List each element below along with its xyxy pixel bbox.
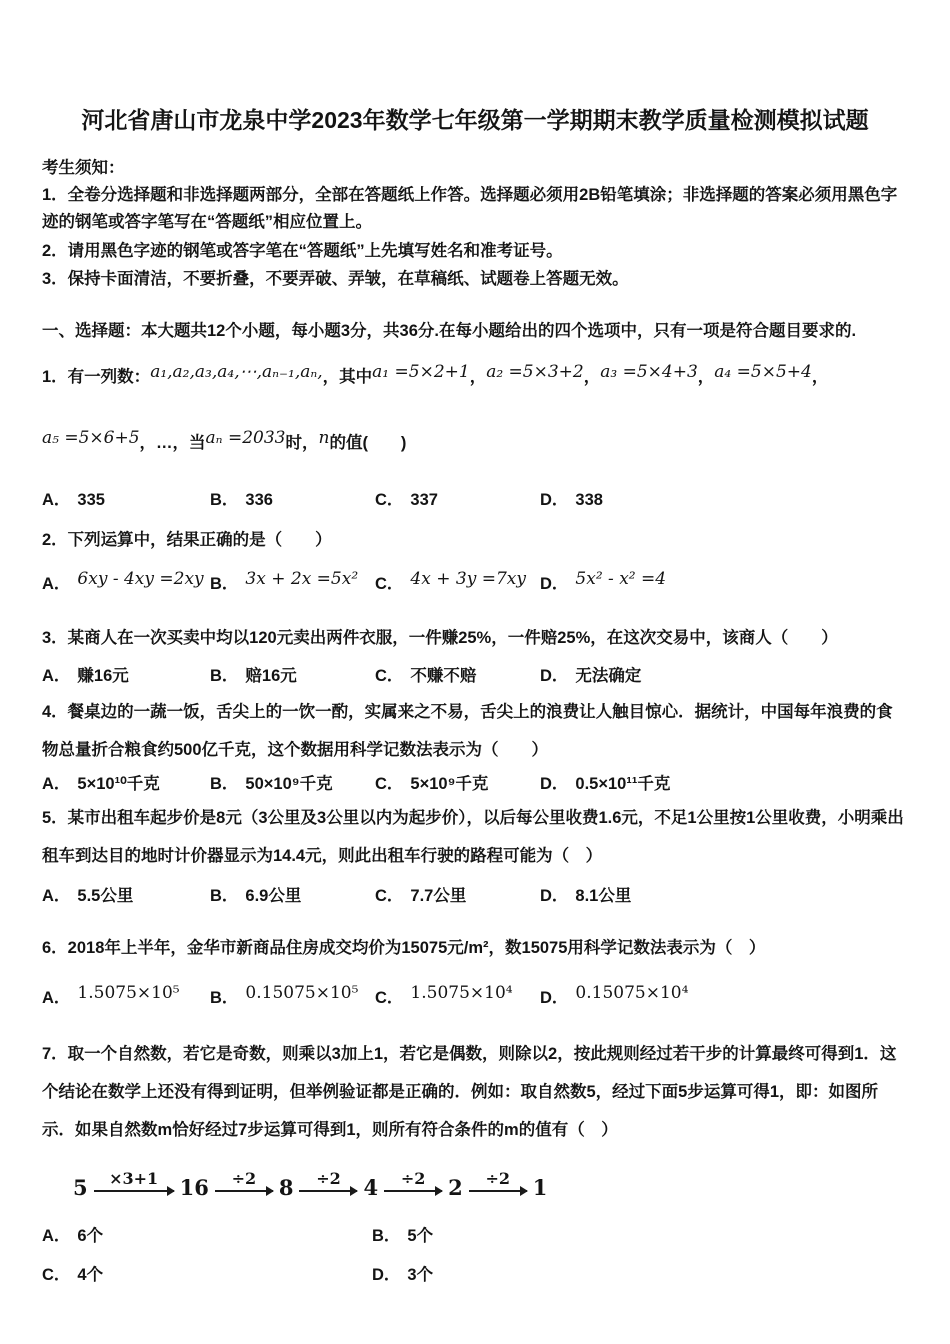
option-value: 不赚不赔 xyxy=(410,667,476,685)
q1-options: A．335 B．336 C．337 D．338 xyxy=(42,486,908,510)
q2-options: A．6xy - 4xy =2xy B．3x + 2x =5x² C．4x + 3… xyxy=(42,570,908,594)
option-formula: 1.5075×10⁴ xyxy=(410,983,512,1003)
question-1-line-1: 1．有一列数：a₁,a₂,a₃,a₄,⋯,aₙ₋₁,aₙ,，其中a₁ =5×2+… xyxy=(42,360,908,394)
arrow-right-icon xyxy=(215,1190,273,1192)
option-label: B． xyxy=(210,491,238,509)
option-value: 5个 xyxy=(407,1227,433,1245)
arrow-right-icon xyxy=(469,1190,527,1192)
option-label: C． xyxy=(375,989,403,1007)
q6-option-d: D．0.15075×10⁴ xyxy=(540,984,908,1008)
arrow-right-icon xyxy=(299,1190,357,1192)
q1-option-d: D．338 xyxy=(540,486,908,510)
option-label: D． xyxy=(540,491,568,509)
q5-option-d: D．8.1公里 xyxy=(540,882,908,906)
q6-option-c: C．1.5075×10⁴ xyxy=(375,984,540,1008)
option-label: A． xyxy=(42,575,70,593)
option-label: B． xyxy=(210,887,238,905)
q7-option-c: C．4个 xyxy=(42,1261,372,1285)
option-label: D． xyxy=(540,775,568,793)
option-value: 3个 xyxy=(407,1266,433,1284)
q1-comma: ， xyxy=(812,368,829,386)
notice-item-1: 1．全卷分选择题和非选择题两部分，全部在答题纸上作答。选择题必须用2B铅笔填涂；… xyxy=(42,182,908,237)
question-7-text: 7．取一个自然数，若它是奇数，则乘以3加上1，若它是偶数，则除以2，按此规则经过… xyxy=(42,1036,908,1150)
q1-option-b: B．336 xyxy=(210,486,375,510)
option-formula: 0.15075×10⁵ xyxy=(245,983,358,1003)
q1-option-c: C．337 xyxy=(375,486,540,510)
q1-formula-a1: a₁ =5×2+1 xyxy=(372,355,470,389)
q3-option-a: A．赚16元 xyxy=(42,662,210,686)
option-label: C． xyxy=(375,887,403,905)
option-label: A． xyxy=(42,667,70,685)
flow-operation: ÷2 xyxy=(232,1170,257,1188)
option-label: D． xyxy=(372,1266,400,1284)
q2-option-c: C．4x + 3y =7xy xyxy=(375,570,540,594)
q3-options: A．赚16元 B．赔16元 C．不赚不赔 D．无法确定 xyxy=(42,662,908,686)
q5-option-c: C．7.7公里 xyxy=(375,882,540,906)
q1-comma: ， xyxy=(470,368,487,386)
option-label: A． xyxy=(42,491,70,509)
flow-operation: ÷2 xyxy=(485,1170,510,1188)
q5-option-a: A．5.5公里 xyxy=(42,882,210,906)
option-value: 8.1公里 xyxy=(575,887,631,905)
q4-option-c: C．5×10⁹千克 xyxy=(375,770,540,794)
notice-item-3: 3．保持卡面清洁，不要折叠，不要弄破、弄皱，在草稿纸、试题卷上答题无效。 xyxy=(42,266,908,293)
option-value: 337 xyxy=(410,491,438,509)
option-label: B． xyxy=(210,775,238,793)
option-label: B． xyxy=(210,989,238,1007)
arrow-right-icon xyxy=(384,1190,442,1192)
option-label: A． xyxy=(42,989,70,1007)
arrow-right-icon xyxy=(94,1190,174,1192)
q7-options: A．6个 B．5个 C．4个 D．3个 xyxy=(42,1222,908,1285)
q1-formula-a4: a₄ =5×5+4 xyxy=(714,355,812,389)
q6-option-a: A．1.5075×10⁵ xyxy=(42,984,210,1008)
option-value: 50×10⁹千克 xyxy=(245,775,332,793)
q7-option-d: D．3个 xyxy=(372,1261,908,1285)
option-value: 无法确定 xyxy=(575,667,641,685)
q1-text-part: ，…，当 xyxy=(140,434,206,452)
page-title: 河北省唐山市龙泉中学2023年数学七年级第一学期期末教学质量检测模拟试题 xyxy=(42,106,908,136)
option-label: A． xyxy=(42,1227,70,1245)
q1-sequence-formula: a₁,a₂,a₃,a₄,⋯,aₙ₋₁,aₙ, xyxy=(150,355,322,389)
option-label: B． xyxy=(210,667,238,685)
option-formula: 6xy - 4xy =2xy xyxy=(77,569,203,589)
option-label: A． xyxy=(42,887,70,905)
flow-node: 1 xyxy=(530,1177,551,1198)
flow-node: 8 xyxy=(276,1177,297,1198)
option-value: 6.9公里 xyxy=(245,887,301,905)
q4-option-a: A．5×10¹⁰千克 xyxy=(42,770,210,794)
option-label: B． xyxy=(210,575,238,593)
option-formula: 0.15075×10⁴ xyxy=(575,983,688,1003)
q2-option-d: D．5x² - x² =4 xyxy=(540,570,908,594)
flow-operation: ÷2 xyxy=(316,1170,341,1188)
q1-text-part: ，其中 xyxy=(323,368,373,386)
q1-formula-an: aₙ =2033 xyxy=(206,421,286,455)
option-value: 5×10⁹千克 xyxy=(410,775,488,793)
option-formula: 3x + 2x =5x² xyxy=(245,569,358,589)
flow-operation: ×3+1 xyxy=(109,1170,158,1188)
q4-option-d: D．0.5×10¹¹千克 xyxy=(540,770,908,794)
option-label: C． xyxy=(42,1266,70,1284)
q3-option-c: C．不赚不赔 xyxy=(375,662,540,686)
q1-formula-a3: a₃ =5×4+3 xyxy=(600,355,698,389)
option-formula: 1.5075×10⁵ xyxy=(77,983,179,1003)
question-4-text: 4．餐桌边的一蔬一饭，舌尖上的一饮一酌，实属来之不易，舌尖上的浪费让人触目惊心．… xyxy=(42,694,908,770)
option-label: C． xyxy=(375,575,403,593)
q2-option-a: A．6xy - 4xy =2xy xyxy=(42,570,210,594)
q7-flow-diagram: 5 ×3+1 16 ÷2 8 ÷2 4 ÷2 2 ÷2 1 xyxy=(70,1170,908,1198)
q6-option-b: B．0.15075×10⁵ xyxy=(210,984,375,1008)
q5-options: A．5.5公里 B．6.9公里 C．7.7公里 D．8.1公里 xyxy=(42,882,908,906)
option-value: 4个 xyxy=(77,1266,103,1284)
q2-option-b: B．3x + 2x =5x² xyxy=(210,570,375,594)
flow-operation: ÷2 xyxy=(401,1170,426,1188)
q1-text-part: 的值( ) xyxy=(329,434,406,452)
q7-option-a: A．6个 xyxy=(42,1222,372,1246)
option-label: D． xyxy=(540,667,568,685)
q1-formula-a5: a₅ =5×6+5 xyxy=(42,421,140,455)
option-value: 336 xyxy=(245,491,273,509)
option-label: D． xyxy=(540,989,568,1007)
flow-node: 5 xyxy=(70,1177,91,1198)
question-6-text: 6．2018年上半年，金华市新商品住房成交均价为15075元/m²，数15075… xyxy=(42,930,908,968)
option-label: B． xyxy=(372,1227,400,1245)
flow-arrow: ×3+1 xyxy=(94,1170,174,1192)
q1-lead: 1．有一列数： xyxy=(42,368,150,386)
flow-arrow: ÷2 xyxy=(215,1170,273,1192)
q3-option-d: D．无法确定 xyxy=(540,662,908,686)
q1-text-part: 时， xyxy=(285,434,318,452)
section-heading: 一、选择题：本大题共12个小题，每小题3分，共36分.在每小题给出的四个选项中，… xyxy=(42,319,908,344)
q4-options: A．5×10¹⁰千克 B．50×10⁹千克 C．5×10⁹千克 D．0.5×10… xyxy=(42,770,908,794)
question-2-text: 2．下列运算中，结果正确的是（ ） xyxy=(42,522,908,560)
option-label: A． xyxy=(42,775,70,793)
flow-arrow: ÷2 xyxy=(469,1170,527,1192)
option-value: 赚16元 xyxy=(77,667,128,685)
option-formula: 4x + 3y =7xy xyxy=(410,569,526,589)
q1-option-a: A．335 xyxy=(42,486,210,510)
flow-node: 4 xyxy=(360,1177,381,1198)
flow-node: 16 xyxy=(177,1177,212,1198)
q7-option-b: B．5个 xyxy=(372,1222,908,1246)
flow-arrow: ÷2 xyxy=(384,1170,442,1192)
flow-node: 2 xyxy=(445,1177,466,1198)
option-label: D． xyxy=(540,887,568,905)
q6-options: A．1.5075×10⁵ B．0.15075×10⁵ C．1.5075×10⁴ … xyxy=(42,984,908,1008)
option-value: 赔16元 xyxy=(245,667,296,685)
notice-item-2: 2．请用黑色字迹的钢笔或答字笔在“答题纸”上先填写姓名和准考证号。 xyxy=(42,238,908,265)
q1-formula-a2: a₂ =5×3+2 xyxy=(486,355,584,389)
option-label: D． xyxy=(540,575,568,593)
q5-option-b: B．6.9公里 xyxy=(210,882,375,906)
flow-arrow: ÷2 xyxy=(299,1170,357,1192)
option-value: 335 xyxy=(77,491,105,509)
option-value: 5×10¹⁰千克 xyxy=(77,775,159,793)
notice-heading: 考生须知： xyxy=(42,154,908,178)
question-1-line-2: a₅ =5×6+5，…，当aₙ =2033时，n的值( ) xyxy=(42,426,908,460)
option-label: C． xyxy=(375,491,403,509)
q1-variable-n: n xyxy=(318,421,329,455)
option-value: 338 xyxy=(575,491,603,509)
option-value: 7.7公里 xyxy=(410,887,466,905)
q1-comma: ， xyxy=(584,368,601,386)
option-label: C． xyxy=(375,775,403,793)
question-5-text: 5．某市出租车起步价是8元（3公里及3公里以内为起步价），以后每公里收费1.6元… xyxy=(42,800,908,876)
q3-option-b: B．赔16元 xyxy=(210,662,375,686)
q1-comma: ， xyxy=(698,368,715,386)
q4-option-b: B．50×10⁹千克 xyxy=(210,770,375,794)
option-value: 5.5公里 xyxy=(77,887,133,905)
exam-page: 河北省唐山市龙泉中学2023年数学七年级第一学期期末教学质量检测模拟试题 考生须… xyxy=(0,0,950,1344)
question-3-text: 3．某商人在一次买卖中均以120元卖出两件衣服，一件赚25%，一件赔25%，在这… xyxy=(42,620,908,658)
option-formula: 5x² - x² =4 xyxy=(575,569,666,589)
option-value: 6个 xyxy=(77,1227,103,1245)
option-value: 0.5×10¹¹千克 xyxy=(575,775,670,793)
option-label: C． xyxy=(375,667,403,685)
